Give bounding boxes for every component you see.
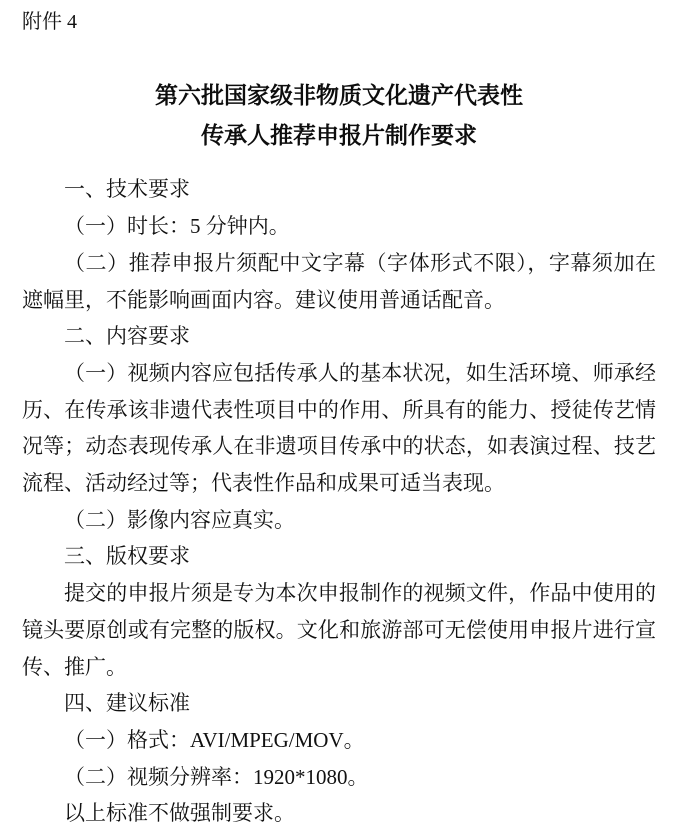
document-title: 第六批国家级非物质文化遗产代表性 传承人推荐申报片制作要求 [22, 76, 656, 156]
section-heading-copyright: 三、版权要求 [22, 538, 656, 575]
body-paragraph: （二）推荐申报片须配中文字幕（字体形式不限），字幕须加在遮幅里，不能影响画面内容… [22, 245, 656, 318]
attachment-label: 附件 4 [22, 8, 656, 36]
section-heading-standards: 四、建议标准 [22, 685, 656, 722]
section-heading-technical: 一、技术要求 [22, 171, 656, 208]
document-page: 附件 4 第六批国家级非物质文化遗产代表性 传承人推荐申报片制作要求 一、技术要… [0, 0, 680, 836]
body-paragraph: 提交的申报片须是专为本次申报制作的视频文件，作品中使用的镜头要原创或有完整的版权… [22, 575, 656, 685]
body-paragraph: （一）格式：AVI/MPEG/MOV。 [22, 722, 656, 759]
body-paragraph: （一）时长：5 分钟内。 [22, 208, 656, 245]
body-paragraph: （二）视频分辨率：1920*1080。 [22, 759, 656, 796]
body-paragraph: 以上标准不做强制要求。 [22, 795, 656, 832]
title-line-1: 第六批国家级非物质文化遗产代表性 [22, 76, 656, 116]
body-paragraph: （二）影像内容应真实。 [22, 502, 656, 539]
title-line-2: 传承人推荐申报片制作要求 [22, 116, 656, 156]
section-heading-content: 二、内容要求 [22, 318, 656, 355]
body-paragraph: （一）视频内容应包括传承人的基本状况，如生活环境、师承经历、在传承该非遗代表性项… [22, 355, 656, 502]
document-body: 一、技术要求 （一）时长：5 分钟内。 （二）推荐申报片须配中文字幕（字体形式不… [22, 171, 656, 832]
